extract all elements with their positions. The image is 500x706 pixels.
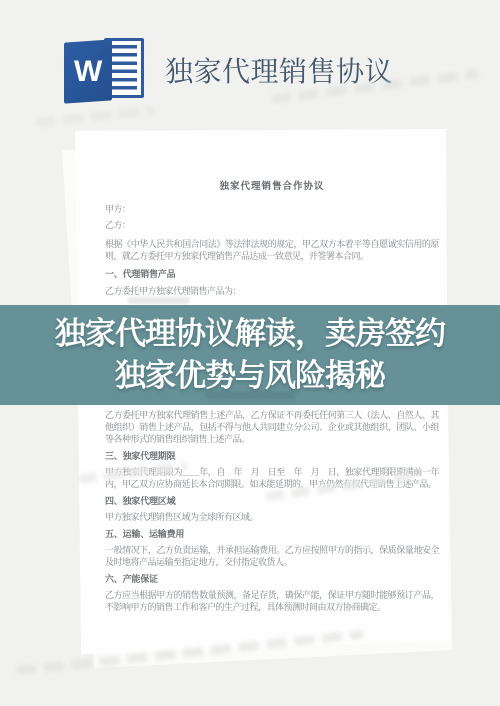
section-2-body: 乙方委托甲方独家代理销售上述产品，乙方保证不再委托任何第三人（法人、自然人、其他… bbox=[105, 409, 439, 445]
section-1-heading: 一、代理销售产品 bbox=[105, 268, 439, 280]
section-5-body: 一般情况下，乙方负责运输，并承担运输费用。乙方应按照甲方的指示，保质保量地安全及… bbox=[105, 544, 439, 568]
word-icon-page-lines bbox=[111, 45, 137, 91]
contract-top-section: 独家代理销售合作协议 甲方： 乙方： 根据《中华人民共和国合同法》等法律法规的规… bbox=[105, 181, 439, 302]
section-1-body: 乙方委托甲方独家代理销售产品为： bbox=[105, 285, 439, 297]
contract-intro: 根据《中华人民共和国合同法》等法律法规的规定，甲乙双方本着平等自愿诚实信用的原则… bbox=[105, 238, 439, 262]
banner-ghost-text bbox=[205, 392, 295, 399]
watermark bbox=[35, 106, 155, 127]
word-document-icon: W bbox=[64, 37, 146, 105]
page: W 独家代理销售协议 独家代理销售合作协议 甲方： 乙方： 根据《中华人民共和国… bbox=[0, 0, 500, 706]
party-a-label: 甲方： bbox=[105, 203, 439, 215]
word-icon-pane: W bbox=[64, 39, 112, 103]
section-5-heading: 五、运输、运输费用 bbox=[105, 528, 439, 540]
word-icon-letter: W bbox=[74, 57, 102, 87]
banner-line-1: 独家代理协议解读，卖房签约 bbox=[55, 314, 445, 354]
header: W 独家代理销售协议 bbox=[0, 0, 500, 130]
overlay-banner: 独家代理协议解读，卖房签约 独家优势与风险揭秘 bbox=[0, 305, 500, 405]
party-b-label: 乙方： bbox=[105, 219, 439, 231]
section-3-heading: 三、独家代理期限 bbox=[105, 450, 439, 462]
banner-line-2: 独家优势与风险揭秘 bbox=[115, 356, 385, 396]
section-4-body: 甲方独家代理销售区域为全球所有区域。 bbox=[105, 511, 439, 523]
cropped-text-line bbox=[128, 297, 190, 304]
contract-bottom-section: 乙方委托甲方独家代理销售上述产品，乙方保证不再委托任何第三人（法人、自然人、其他… bbox=[105, 409, 439, 618]
section-6-heading: 六、产能保证 bbox=[105, 573, 439, 585]
section-6-body: 乙方应当根据甲方的销售数量预测，备足存货，确保产能，保证甲方随时能够预订产品，不… bbox=[105, 589, 439, 613]
contract-title: 独家代理销售合作协议 bbox=[105, 181, 439, 193]
